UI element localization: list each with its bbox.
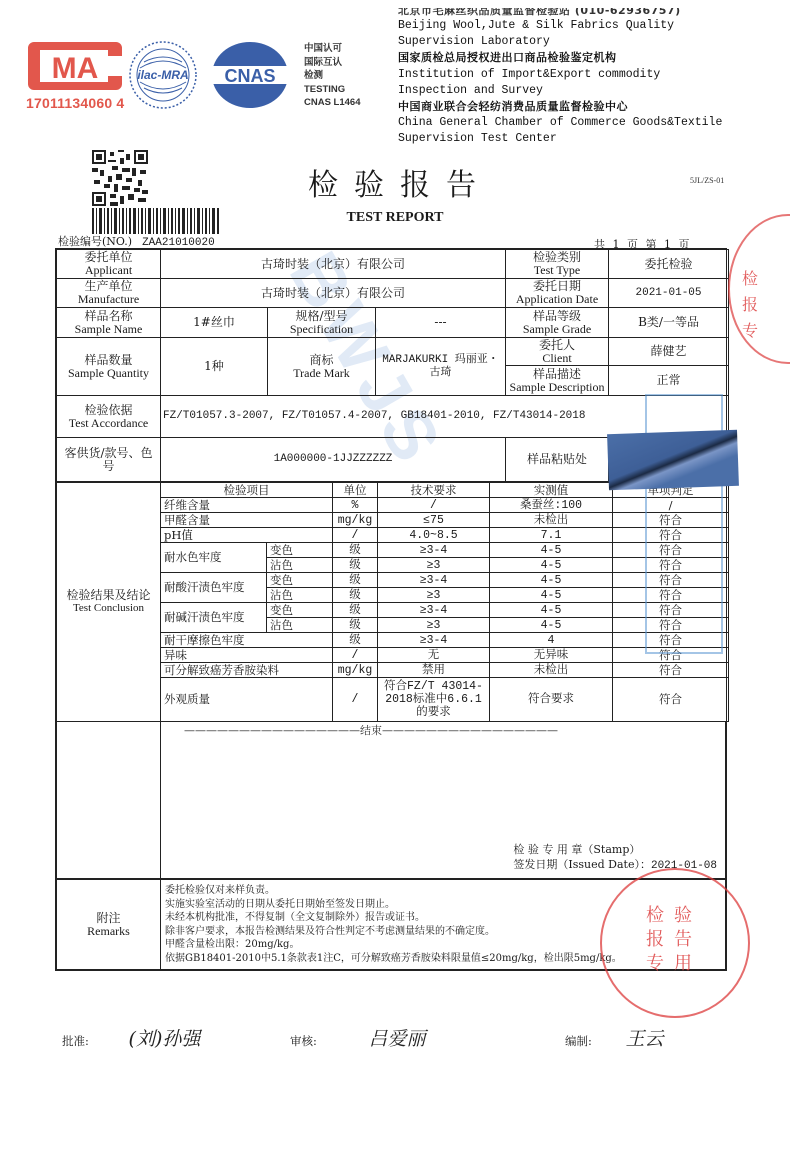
test-requirement: 4.0~8.5 (378, 528, 490, 543)
sample-quantity-label: 样品数量Sample Quantity (57, 338, 161, 396)
test-subitem: 变色 (267, 573, 333, 588)
approved-label: 批准: (62, 1034, 89, 1048)
header-unit: 单位 (333, 483, 378, 498)
test-measured: 4-5 (490, 558, 613, 573)
applicant-label: 委托单位Applicant (57, 250, 161, 279)
cnas-line: 检测 (304, 69, 361, 83)
sample-grade-label: 样品等级Sample Grade (506, 308, 609, 338)
test-requirement: 无 (378, 648, 490, 663)
header-item: 检验项目 (161, 483, 333, 498)
test-item: 可分解致癌芳香胺染料 (161, 663, 333, 678)
sample-name-value: 1#丝巾 (161, 308, 268, 338)
test-type-value: 委托检验 (609, 250, 729, 279)
lab-line: 北京市毛麻丝织品质量监督检验站 (010-62936757) (398, 8, 722, 18)
test-subitem: 变色 (267, 603, 333, 618)
test-item: 外观质量 (161, 678, 333, 722)
test-requirement: ≥3-4 (378, 543, 490, 558)
form-code: 5JL/ZS-01 (690, 176, 724, 185)
lab-line: Supervision Test Center (398, 131, 722, 147)
test-subitem: 沾色 (267, 588, 333, 603)
test-measured: 无异味 (490, 648, 613, 663)
test-unit: 级 (333, 543, 378, 558)
test-measured: 符合要求 (490, 678, 613, 722)
test-unit: 级 (333, 573, 378, 588)
test-measured: 4-5 (490, 618, 613, 633)
test-subitem: 变色 (267, 543, 333, 558)
svg-text:ilac-MRA: ilac-MRA (137, 68, 188, 82)
cnas-logo-icon: CNAS (210, 40, 290, 110)
sample-grade-value: B类/一等品 (609, 308, 729, 338)
test-type-label: 检验类别Test Type (506, 250, 609, 279)
test-requirement: 禁用 (378, 663, 490, 678)
test-measured: 4-5 (490, 573, 613, 588)
test-unit: mg/kg (333, 513, 378, 528)
test-measured: 4-5 (490, 588, 613, 603)
cma-number: 17011134060 4 (26, 95, 124, 111)
stamp-label: 检 验 专 用 章（Stamp） (513, 842, 717, 857)
sample-name-label: 样品名称Sample Name (57, 308, 161, 338)
report-number-label: 检验编号(NO.) (58, 235, 132, 248)
style-no-value: 1A000000-1JJZZZZZZ (161, 438, 506, 482)
test-requirement: ≤75 (378, 513, 490, 528)
approved-by: 批准: (刘)孙强 (62, 1024, 200, 1051)
cnas-line: CNAS L1464 (304, 96, 361, 110)
test-unit: 级 (333, 633, 378, 648)
compiled-by: 编制: 王云 (565, 1024, 664, 1051)
test-requirement: ≥3 (378, 618, 490, 633)
stamp-left-cell (57, 722, 161, 879)
end-marker: ————————————————结束———————————————— (161, 724, 581, 737)
test-requirement: ≥3-4 (378, 573, 490, 588)
test-unit: % (333, 498, 378, 513)
test-item: 耐酸汗渍色牢度 (161, 573, 267, 603)
lab-line: Institution of Import&Export commodity (398, 67, 722, 83)
page-title: 检验报告 (0, 160, 790, 204)
header-measured: 实测值 (490, 483, 613, 498)
manufacture-label: 生产单位Manufacture (57, 279, 161, 308)
test-requirement: ≥3-4 (378, 603, 490, 618)
cnas-line: TESTING (304, 83, 361, 97)
trade-mark-value: MARJAKURKI 玛丽亚・古琦 (376, 338, 506, 396)
test-unit: 级 (333, 588, 378, 603)
applicant-value: 古琦时装（北京）有限公司 (161, 250, 506, 279)
stamp-cell: ————————————————结束———————————————— 检 验 专… (161, 722, 726, 879)
stamp-section: ————————————————结束———————————————— 检 验 专… (56, 722, 726, 879)
sample-description-value: 正常 (609, 366, 729, 396)
test-accordance-label: 检验依据Test Accordance (57, 396, 161, 438)
test-unit: 级 (333, 603, 378, 618)
compiled-signature: 王云 (626, 1028, 664, 1050)
test-measured: 4 (490, 633, 613, 648)
test-item: 纤维含量 (161, 498, 333, 513)
test-unit: / (333, 648, 378, 663)
test-item: 异味 (161, 648, 333, 663)
specification-label: 规格/型号Specification (268, 308, 376, 338)
test-unit: 级 (333, 558, 378, 573)
fabric-sample-swatch (607, 430, 739, 491)
results-table: 检验结果及结论 Test Conclusion 检验项目 单位 技术要求 实测值… (56, 482, 729, 722)
header-requirement: 技术要求 (378, 483, 490, 498)
client-value: 薛健艺 (609, 338, 729, 366)
application-date-value: 2021-01-05 (609, 279, 729, 308)
test-measured: 4-5 (490, 543, 613, 558)
cnas-line: 中国认可 (304, 42, 361, 56)
test-item: 耐水色牢度 (161, 543, 267, 573)
test-requirement: ≥3 (378, 558, 490, 573)
reviewed-signature: 吕爱丽 (369, 1028, 426, 1050)
trade-mark-label: 商标Trade Mark (268, 338, 376, 396)
lab-line: 国家质检总局授权进出口商品检验鉴定机构 (398, 50, 722, 66)
test-requirement: ≥3-4 (378, 633, 490, 648)
lab-line: 中国商业联合会轻纺消费品质量监督检验中心 (398, 99, 722, 115)
test-subitem: 沾色 (267, 558, 333, 573)
cma-logo-icon: MA (26, 38, 124, 94)
test-item: 耐干摩擦色牢度 (161, 633, 333, 648)
reviewed-by: 审核: 吕爱丽 (290, 1024, 426, 1051)
lab-line: Supervision Laboratory (398, 34, 722, 50)
sample-description-label: 样品描述Sample Description (506, 366, 609, 396)
test-subitem: 沾色 (267, 618, 333, 633)
remarks-label: 附注Remarks (57, 880, 161, 970)
test-measured: 4-5 (490, 603, 613, 618)
test-accordance-value: FZ/T01057.3-2007, FZ/T01057.4-2007, GB18… (161, 396, 729, 438)
test-measured: 未检出 (490, 663, 613, 678)
laboratory-info: 北京市毛麻丝织品质量监督检验站 (010-62936757) Beijing W… (398, 8, 722, 148)
svg-text:MA: MA (52, 52, 99, 85)
test-unit: mg/kg (333, 663, 378, 678)
lab-line: China General Chamber of Commerce Goods&… (398, 115, 722, 131)
ilac-mra-logo-icon: ilac-MRA (128, 40, 198, 110)
test-verdict: 符合 (613, 678, 729, 722)
style-no-label: 客供货/款号、色号 (57, 438, 161, 482)
specification-value: --- (376, 308, 506, 338)
test-requirement: / (378, 498, 490, 513)
svg-text:CNAS: CNAS (224, 66, 275, 86)
approved-signature: (刘)孙强 (129, 1028, 201, 1050)
test-requirement: ≥3 (378, 588, 490, 603)
reviewed-label: 审核: (290, 1034, 317, 1048)
test-measured: 7.1 (490, 528, 613, 543)
test-item: 甲醛含量 (161, 513, 333, 528)
issued-date-label: 签发日期（Issued Date）： (513, 858, 651, 871)
test-measured: 未检出 (490, 513, 613, 528)
page-subtitle: TEST REPORT (0, 210, 790, 226)
test-unit: / (333, 528, 378, 543)
application-date-label: 委托日期Application Date (506, 279, 609, 308)
test-item: pH值 (161, 528, 333, 543)
lab-line: Beijing Wool,Jute & Silk Fabrics Quality (398, 18, 722, 34)
client-label: 委托人Client (506, 338, 609, 366)
test-measured: 桑蚕丝:100 (490, 498, 613, 513)
compiled-label: 编制: (565, 1034, 592, 1048)
sample-paste-label: 样品粘贴处 (506, 438, 609, 482)
red-seal-stamp-partial: 检报专 (728, 214, 790, 364)
sample-quantity-value: 1种 (161, 338, 268, 396)
red-seal-stamp: 检验 报告 专用 (600, 868, 750, 1018)
cnas-accreditation-text: 中国认可 国际互认 检测 TESTING CNAS L1464 (304, 42, 361, 110)
test-unit: 级 (333, 618, 378, 633)
manufacture-value: 古琦时装（北京）有限公司 (161, 279, 506, 308)
report-table: 委托单位Applicant 古琦时装（北京）有限公司 检验类别Test Type… (55, 248, 727, 971)
lab-line: Inspection and Survey (398, 83, 722, 99)
report-number: 检验编号(NO.)ZAA21010020 (58, 233, 215, 249)
test-unit: / (333, 678, 378, 722)
test-item: 耐碱汗渍色牢度 (161, 603, 267, 633)
results-section-label: 检验结果及结论 Test Conclusion (57, 483, 161, 722)
cnas-line: 国际互认 (304, 56, 361, 70)
test-requirement: 符合FZ/T 43014-2018标准中6.6.1的要求 (378, 678, 490, 722)
test-verdict: 符合 (613, 663, 729, 678)
